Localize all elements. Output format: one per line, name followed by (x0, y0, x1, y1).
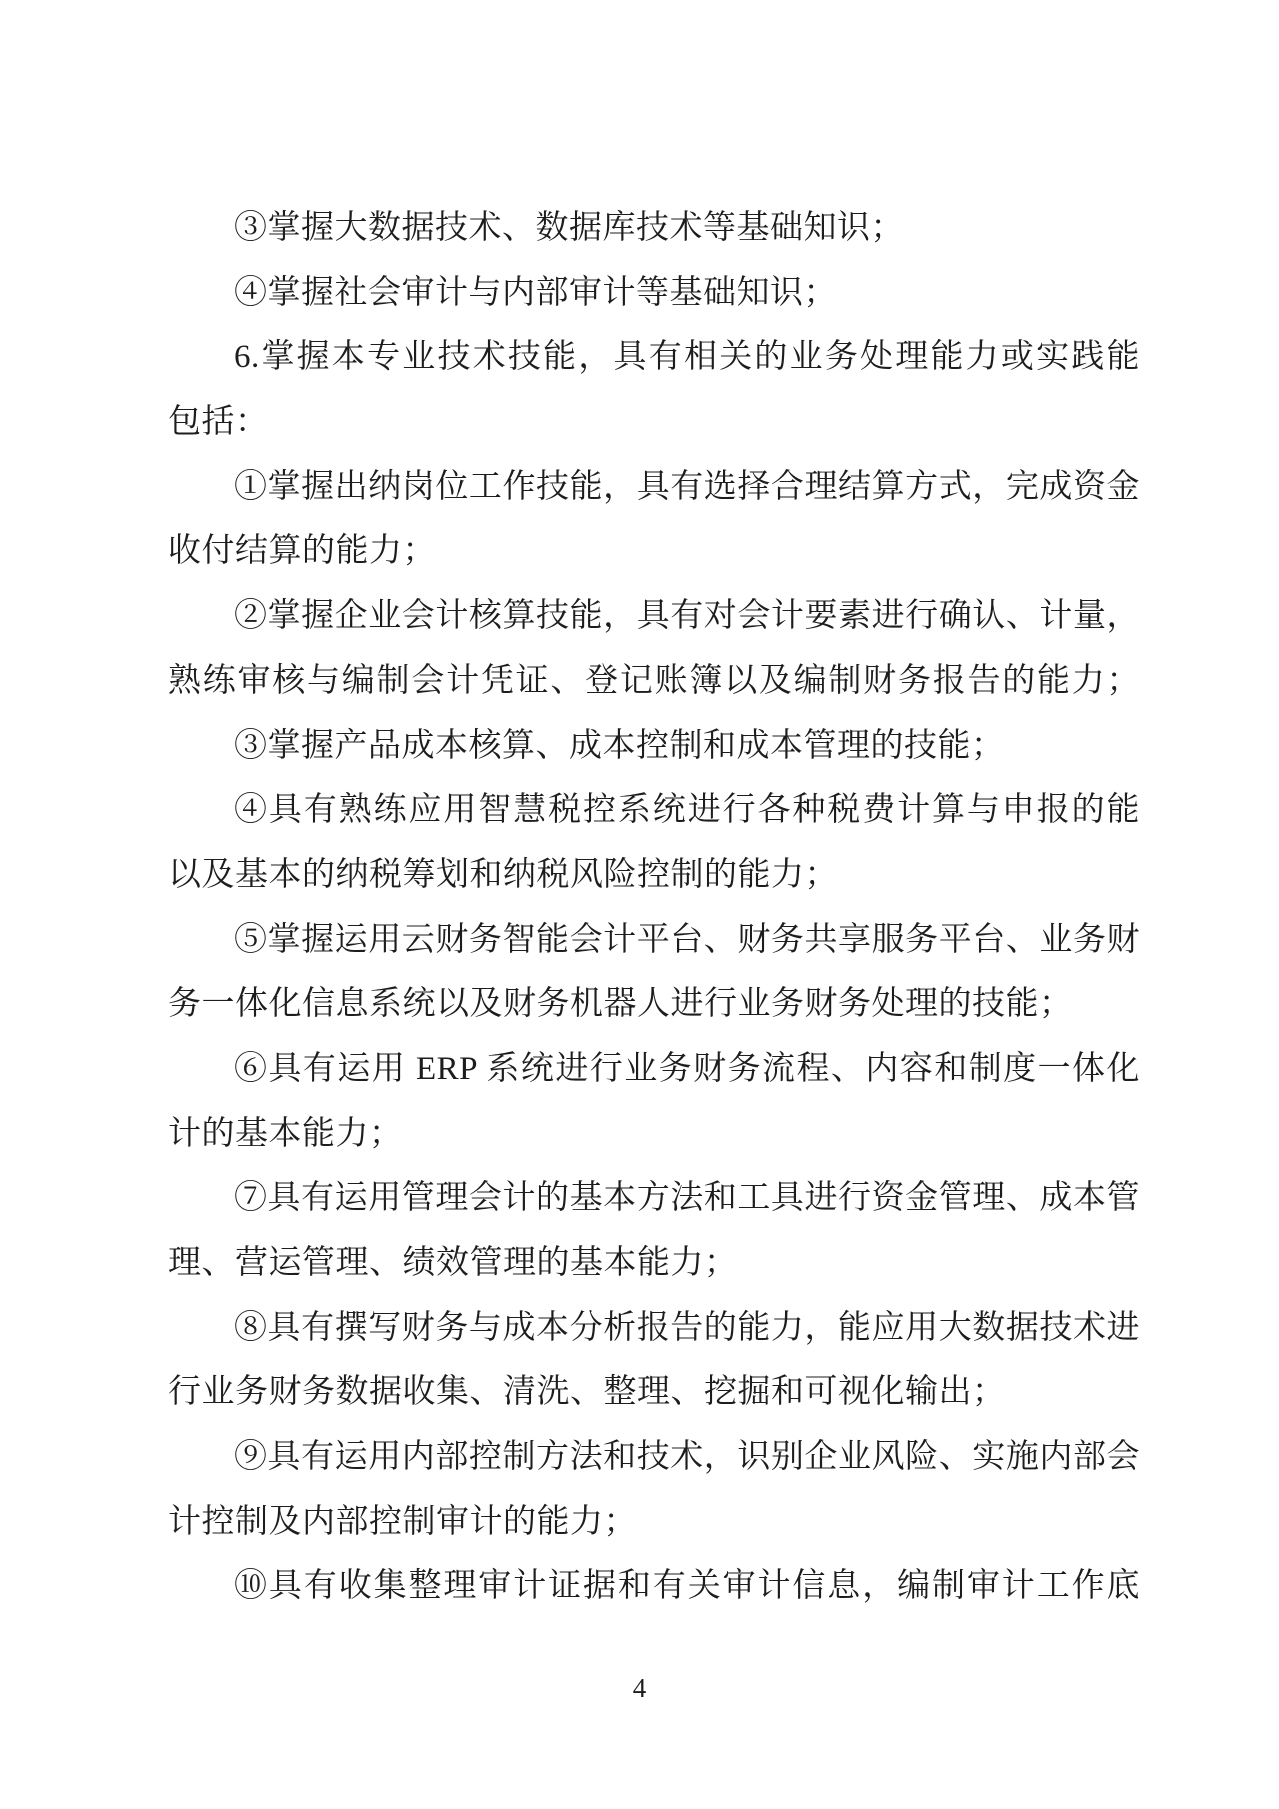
text-line: ⑥具有运用 ERP 系统进行业务财务流程、内容和制度一体化设 (168, 1037, 1140, 1102)
text-line: ④掌握社会审计与内部审计等基础知识； (168, 261, 1140, 326)
text-line: 计的基本能力； (168, 1102, 1140, 1167)
text-line: ⑩具有收集整理审计证据和有关审计信息，编制审计工作底稿， (168, 1554, 1140, 1619)
text-line: 计控制及内部控制审计的能力； (168, 1490, 1140, 1555)
text-line: ①掌握出纳岗位工作技能，具有选择合理结算方式，完成资金 (168, 455, 1140, 520)
text-line: ⑧具有撰写财务与成本分析报告的能力，能应用大数据技术进 (168, 1296, 1140, 1361)
text-line: ③掌握产品成本核算、成本控制和成本管理的技能； (168, 714, 1140, 779)
text-line: 务一体化信息系统以及财务机器人进行业务财务处理的技能； (168, 972, 1140, 1037)
text-line: ⑤掌握运用云财务智能会计平台、财务共享服务平台、业务财 (168, 908, 1140, 973)
text-line: 6.掌握本专业技术技能，具有相关的业务处理能力或实践能力， (168, 325, 1140, 390)
page-number: 4 (0, 1668, 1279, 1708)
text-line: 以及基本的纳税筹划和纳税风险控制的能力； (168, 843, 1140, 908)
text-line: ⑦具有运用管理会计的基本方法和工具进行资金管理、成本管 (168, 1166, 1140, 1231)
text-line: ②掌握企业会计核算技能，具有对会计要素进行确认、计量， (168, 584, 1140, 649)
text-line: 理、营运管理、绩效管理的基本能力； (168, 1231, 1140, 1296)
text-line: 包括： (168, 390, 1140, 455)
text-line: 熟练审核与编制会计凭证、登记账簿以及编制财务报告的能力； (168, 649, 1140, 714)
text-line: ④具有熟练应用智慧税控系统进行各种税费计算与申报的能力， (168, 778, 1140, 843)
text-line: ③掌握大数据技术、数据库技术等基础知识； (168, 196, 1140, 261)
document-body: ③掌握大数据技术、数据库技术等基础知识； ④掌握社会审计与内部审计等基础知识； … (168, 196, 1140, 1619)
text-line: 收付结算的能力； (168, 519, 1140, 584)
document-page: ③掌握大数据技术、数据库技术等基础知识； ④掌握社会审计与内部审计等基础知识； … (0, 0, 1279, 1809)
text-line: 行业务财务数据收集、清洗、整理、挖掘和可视化输出； (168, 1360, 1140, 1425)
text-line: ⑨具有运用内部控制方法和技术，识别企业风险、实施内部会 (168, 1425, 1140, 1490)
